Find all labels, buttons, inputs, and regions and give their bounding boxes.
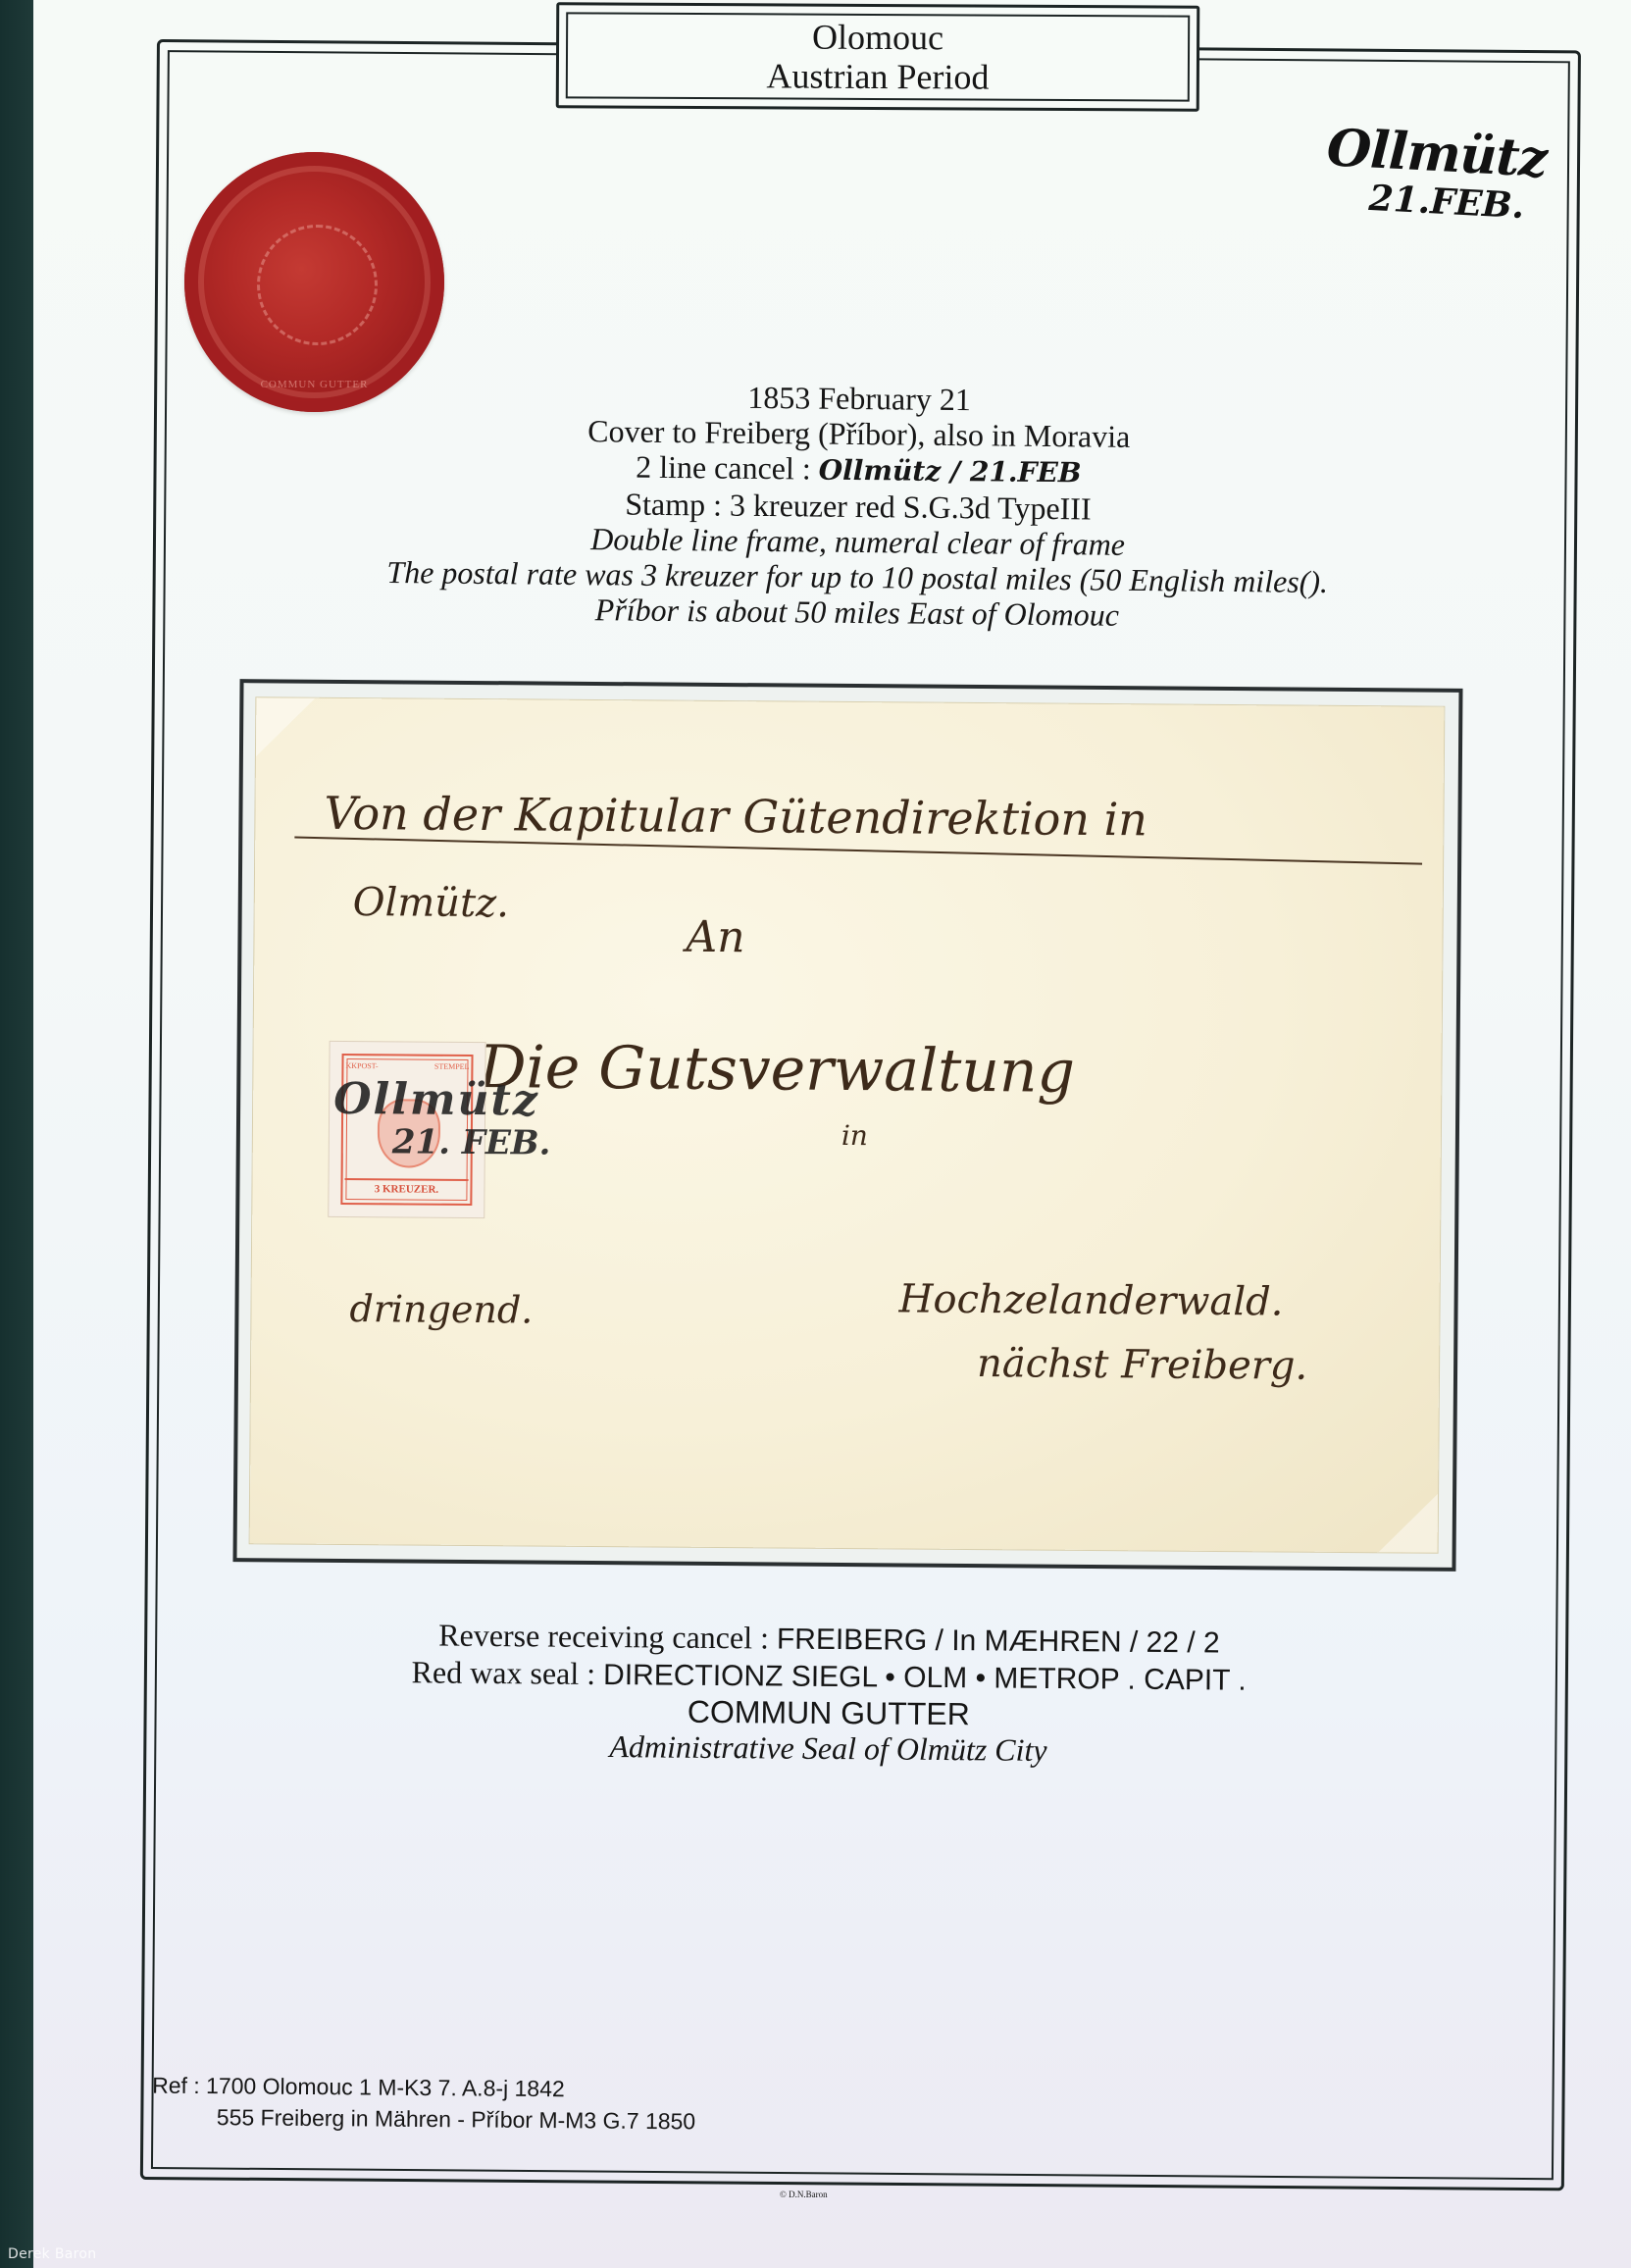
handwriting-sender-town: Olmütz. — [353, 880, 509, 926]
reference-2: 555 Freiberg in Mähren - Příbor M-M3 G.7… — [152, 2101, 696, 2138]
handwriting-destination: Hochzelanderwald. — [898, 1276, 1283, 1324]
seal-value: DIRECTIONZ SIEGL • OLM • METROP . CAPIT … — [603, 1659, 1247, 1697]
stamp-value: 3 KREUZER. — [344, 1178, 468, 1196]
stamp-top-right: STEMPEL — [434, 1062, 470, 1071]
watermark: Derek Baron — [8, 2246, 96, 2262]
cancel-value: Ollmütz / 21.FEB — [819, 454, 1082, 490]
handwriting-in: in — [841, 1119, 868, 1152]
handwriting-destination-2: nächst Freiberg. — [977, 1341, 1308, 1389]
stamp-top-left: KKPOST- — [345, 1061, 378, 1070]
handwriting-addressee: Die Gutsverwaltung — [479, 1033, 1075, 1107]
reverse-label: Reverse receiving cancel : — [438, 1618, 777, 1656]
postmark: Ollmütz 21. FEB. — [333, 1076, 551, 1162]
copyright: © D.N.Baron — [780, 2190, 828, 2199]
cover-mount: Von der Kapitular Gütendirektion in Olmü… — [232, 679, 1462, 1572]
postmark-town: Ollmütz — [333, 1076, 551, 1125]
mount-corner — [1379, 1493, 1438, 1552]
cover-captions: Reverse receiving cancel : FREIBERG / In… — [254, 1616, 1402, 1771]
postmark-date: 21. FEB. — [392, 1123, 551, 1161]
title-box: Olomouc Austrian Period — [556, 2, 1200, 111]
seal-label: Red wax seal : — [411, 1654, 603, 1691]
handwriting-sender: Von der Kapitular Gütendirektion in — [324, 787, 1147, 847]
page-subtitle: Austrian Period — [766, 56, 989, 96]
handwriting-to: An — [686, 912, 745, 962]
wax-seal-icon: COMMUN GUTTER — [184, 152, 444, 412]
handwriting-urgent: dringend. — [349, 1287, 533, 1331]
reference-1: Ref : 1700 Olomouc 1 M-K3 7. A.8-j 1842 — [152, 2070, 696, 2106]
mount-corner — [256, 697, 315, 756]
scan-edge-strip — [0, 0, 33, 2268]
cancel-replica: Ollmütz 21.FEB. — [1304, 126, 1569, 222]
references: Ref : 1700 Olomouc 1 M-K3 7. A.8-j 1842 … — [152, 2070, 696, 2138]
page-title: Olomouc — [812, 18, 943, 58]
cover-description: 1853 February 21 Cover to Freiberg (Příb… — [244, 374, 1473, 636]
seal-legend: COMMUN GUTTER — [184, 152, 444, 412]
postal-cover: Von der Kapitular Gütendirektion in Olmü… — [250, 697, 1445, 1552]
reverse-value: FREIBERG / In MÆHREN / 22 / 2 — [777, 1624, 1220, 1660]
cancel-label: 2 line cancel : — [636, 449, 819, 487]
